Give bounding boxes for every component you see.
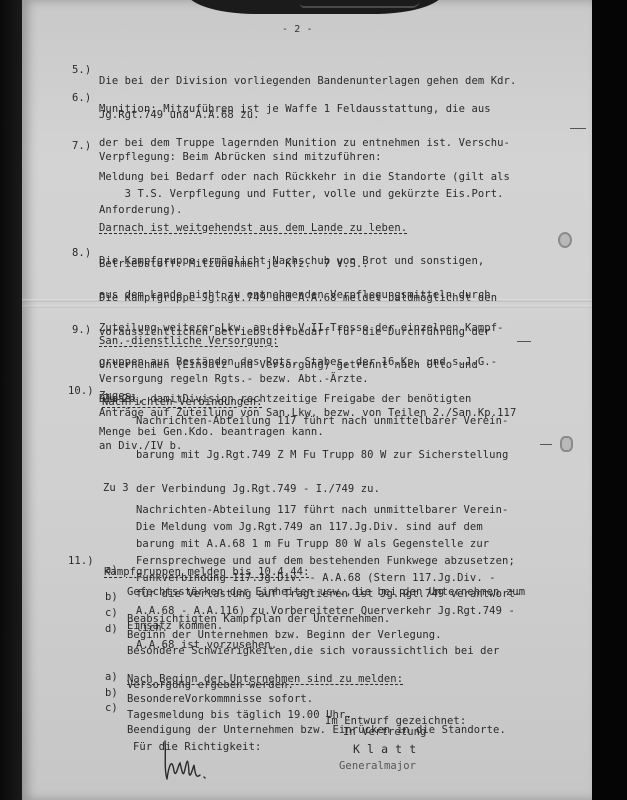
section-9: 9.) San.-dienstliche Versorgung: Versorg…: [72, 314, 98, 359]
text-line: Verpflegung: Beim Abrücken sind mitzufüh…: [99, 152, 504, 163]
list-label: a): [105, 565, 118, 576]
section-number: 8.): [72, 248, 91, 259]
list-label: c): [105, 608, 118, 619]
section-number: 7.): [72, 141, 91, 152]
subsection-zu-3: Zu 3 Nachrichten-Abteilung 117 führt nac…: [103, 483, 129, 528]
section-10: 10.) Nachrichten-Verbindungen:: [68, 375, 94, 420]
text-line: Munition: Mitzuführen ist je Waffe 1 Fel…: [99, 104, 510, 115]
text-line: Nachrichten-Abteilung 117 führt nach unm…: [136, 505, 515, 516]
document: - 2 - 5.) Die bei der Division vorliegen…: [0, 0, 627, 800]
text-line: Betriebstoff: Mitzunehmen je Kfz. 7 V.S.…: [99, 259, 497, 270]
subsection-label: Zu 2b: [103, 394, 135, 405]
subsection-label: Zu 3: [103, 483, 129, 494]
list-label: b): [105, 592, 118, 603]
margin-mark: [540, 444, 552, 445]
margin-mark: [570, 128, 586, 129]
section-7: 7.) Verpflegung: Beim Abrücken sind mitz…: [72, 130, 98, 175]
margin-mark: [468, 591, 482, 592]
list-label: c): [105, 703, 118, 714]
list-label: a): [105, 672, 118, 683]
report-list-before: a) Gefechtsstärken der Einheiten usw.,di…: [105, 565, 131, 632]
section-6: 6.) Munition: Mitzuführen ist je Waffe 1…: [72, 82, 98, 127]
text-line: Die Kampfgruppe Jg.Rgt.749 und A.A.68 me…: [99, 293, 497, 304]
signature-block-right: Im Entwurf gezeichnet: In Vertretung K l…: [325, 716, 466, 772]
subsection-zu-2b: Zu 2b Nachrichten-Abteilung 117 führt na…: [103, 394, 129, 439]
section-heading: San.-dienstliche Versorgung:: [99, 336, 516, 347]
section-number: 10.): [68, 386, 94, 397]
text-line: barung mit Jg.Rgt.749 Z M Fu Trupp 80 W …: [136, 450, 521, 461]
section-number: 9.): [72, 325, 91, 336]
handwritten-signature-icon: [160, 735, 215, 785]
section-8: 8.) Betriebstoff: Mitzunehmen je Kfz. 7 …: [72, 237, 98, 282]
text-line: Darnach ist weitgehendst aus dem Lande z…: [99, 223, 504, 234]
signer-rank: Generalmajor: [339, 761, 466, 772]
section-number: 6.): [72, 93, 91, 104]
report-list-after: a) BesondereVorkommnisse sofort. b) Tage…: [105, 672, 131, 728]
deputy-label: In Vertretung: [343, 727, 466, 738]
text-line: Nachrichten-Abteilung 117 führt nach unm…: [136, 416, 521, 427]
section-11: 11.) Kampfgruppen melden bis 10.4.44:: [68, 545, 94, 590]
signer-name: K l a t t: [353, 744, 466, 755]
list-label: d): [105, 624, 118, 635]
page-number: - 2 -: [282, 24, 313, 35]
section-number: 5.): [72, 65, 91, 76]
list-label: b): [105, 688, 118, 699]
section-number: 11.): [68, 556, 94, 567]
margin-mark: [517, 341, 531, 342]
text-line: 3 T.S. Verpflegung und Futter, volle und…: [99, 189, 504, 200]
